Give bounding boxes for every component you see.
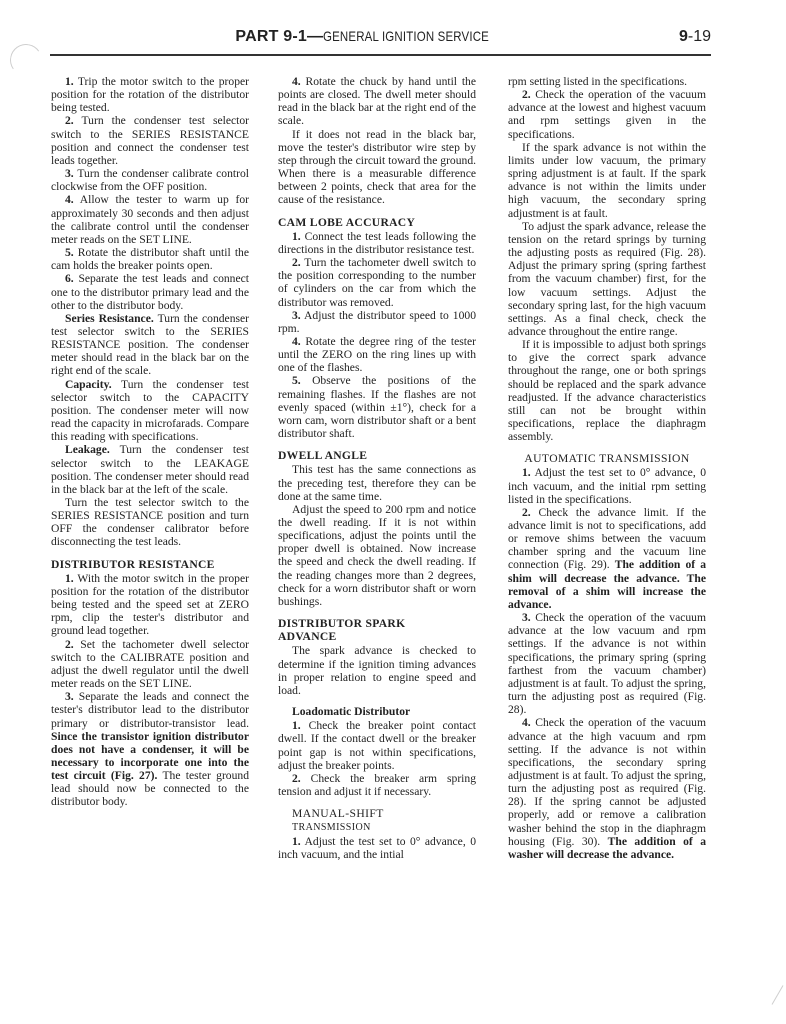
section-heading-distributor-resistance: DISTRIBUTOR RESISTANCE (51, 558, 249, 571)
section-heading-cam-lobe-accuracy: CAM LOBE ACCURACY (278, 216, 476, 229)
capacity-paragraph: Capacity. Turn the condenser test select… (51, 378, 249, 444)
continued-paragraph: rpm setting listed in the specifications… (508, 75, 706, 88)
body-paragraph: The spark advance is checked to determin… (278, 644, 476, 697)
section-heading-distributor-spark-advance: DISTRIBUTOR SPARKADVANCE (278, 617, 476, 643)
page-corner-mark (7, 41, 44, 78)
step-paragraph: 2. Check the operation of the vacuum adv… (508, 88, 706, 141)
step-paragraph: 6. Separate the test leads and connect o… (51, 272, 249, 311)
step-paragraph: 4. Allow the tester to warm up for appro… (51, 193, 249, 246)
step-paragraph: 5. Observe the positions of the remainin… (278, 374, 476, 440)
body-paragraph: If the spark advance is not within the l… (508, 141, 706, 220)
running-title: PART 9-1—GENERAL IGNITION SERVICE (50, 28, 711, 46)
part-label: PART 9-1 (235, 28, 307, 45)
step-paragraph: 2. Turn the condenser test selector swit… (51, 114, 249, 167)
step-paragraph: 1. Adjust the test set to 0° advance, 0 … (508, 466, 706, 505)
step-paragraph: 5. Rotate the distributor shaft until th… (51, 246, 249, 272)
body-paragraph: If it is impossible to adjust both sprin… (508, 338, 706, 443)
step-paragraph: 3. Turn the condenser calibrate control … (51, 167, 249, 193)
step-paragraph: 4. Rotate the degree ring of the tester … (278, 335, 476, 374)
subheading-manual-shift-transmission: MANUAL-SHIFTTRANSMISSION (292, 807, 476, 834)
column-right: rpm setting listed in the specifications… (508, 75, 706, 861)
step-paragraph: 2. Turn the tachometer dwell switch to t… (278, 256, 476, 309)
page-number: 9-19 (679, 28, 711, 46)
body-paragraph: Turn the test selector switch to the SER… (51, 496, 249, 549)
leakage-paragraph: Leakage. Turn the condenser test selecto… (51, 443, 249, 496)
page-header: PART 9-1—GENERAL IGNITION SERVICE 9-19 (50, 28, 711, 56)
page-number-suffix: -19 (688, 28, 711, 45)
step-paragraph: 1. Connect the test leads following the … (278, 230, 476, 256)
step-paragraph: 2. Check the advance limit. If the advan… (508, 506, 706, 611)
step-paragraph: 2. Set the tachometer dwell selector swi… (51, 638, 249, 691)
subheading-loadomatic-distributor: Loadomatic Distributor (292, 705, 476, 718)
title-dash: — (307, 28, 323, 45)
column-left: 1. Trip the motor switch to the proper p… (51, 75, 249, 809)
step-paragraph: 1. With the motor switch in the proper p… (51, 572, 249, 638)
column-middle: 4. Rotate the chuck by hand until the po… (278, 75, 476, 861)
step-paragraph: 2. Check the breaker arm spring tension … (278, 772, 476, 798)
series-resistance-paragraph: Series Resistance. Turn the condenser te… (51, 312, 249, 378)
step-paragraph: 1. Trip the motor switch to the proper p… (51, 75, 249, 114)
step-paragraph: 1. Adjust the test set to 0° advance, 0 … (278, 835, 476, 861)
section-title: GENERAL IGNITION SERVICE (323, 28, 489, 44)
step-paragraph: 4. Rotate the chuck by hand until the po… (278, 75, 476, 128)
body-paragraph: To adjust the spark advance, release the… (508, 220, 706, 338)
page-edge-mark (772, 985, 784, 1005)
step-paragraph: 3. Adjust the distributor speed to 1000 … (278, 309, 476, 335)
body-paragraph: If it does not read in the black bar, mo… (278, 128, 476, 207)
body-paragraph: Adjust the speed to 200 rpm and notice t… (278, 503, 476, 608)
step-paragraph: 3. Check the operation of the vacuum adv… (508, 611, 706, 716)
step-paragraph: 3. Separate the leads and connect the te… (51, 690, 249, 808)
step-paragraph: 1. Check the breaker point contact dwell… (278, 719, 476, 772)
step-paragraph: 4. Check the operation of the vacuum adv… (508, 716, 706, 861)
body-paragraph: This test has the same connections as th… (278, 463, 476, 502)
page-number-prefix: 9 (679, 28, 688, 45)
subheading-automatic-transmission: AUTOMATIC TRANSMISSION (508, 452, 706, 465)
section-heading-dwell-angle: DWELL ANGLE (278, 449, 476, 462)
